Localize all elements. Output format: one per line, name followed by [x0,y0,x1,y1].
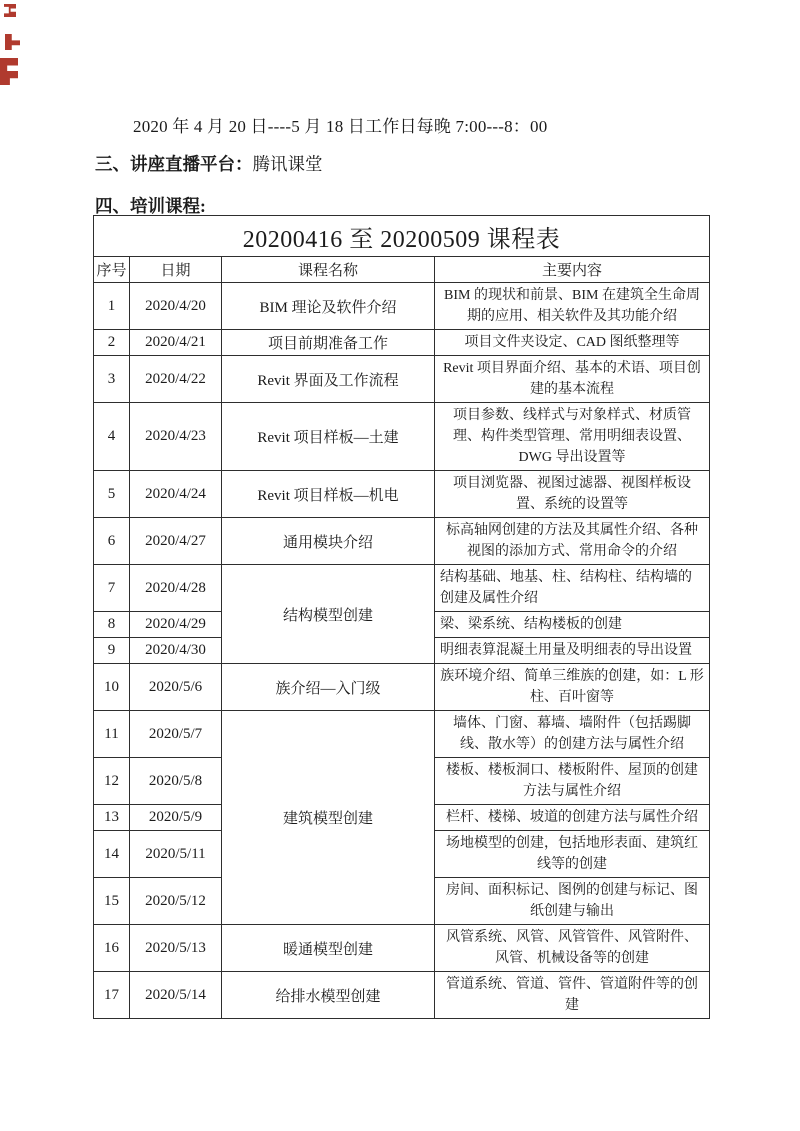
table-row: 112020/5/7建筑模型创建墙体、门窗、幕墙、墙附件（包括踢脚线、散水等）的… [94,711,710,758]
row-number-cell: 15 [94,878,130,925]
course-schedule-table: 20200416 至 20200509 课程表 序号 日期 课程名称 主要内容 … [93,215,710,1019]
table-row: 32020/4/22Revit 界面及工作流程Revit 项目界面介绍、基本的术… [94,356,710,403]
date-cell: 2020/4/27 [130,518,222,565]
schedule-time-text: 2020 年 4 月 20 日----5 月 18 日工作日每晚 7:00---… [133,112,547,137]
content-cell: 风管系统、风管、风管管件、风管附件、风管、机械设备等的创建 [435,925,710,972]
column-header-index: 序号 [94,257,130,283]
red-edge-mark [4,4,16,17]
row-number-cell: 6 [94,518,130,565]
course-name-cell: BIM 理论及软件介绍 [222,283,435,330]
content-cell: 栏杆、楼梯、坡道的创建方法与属性介绍 [435,805,710,831]
content-cell: 结构基础、地基、柱、结构柱、结构墙的创建及属性介绍 [435,565,710,612]
table-row: 62020/4/27通用模块介绍标高轴网创建的方法及其属性介绍、各种视图的添加方… [94,518,710,565]
course-name-cell: 族介绍—入门级 [222,664,435,711]
date-cell: 2020/4/30 [130,638,222,664]
course-name-cell: 暖通模型创建 [222,925,435,972]
row-number-cell: 9 [94,638,130,664]
column-header-course: 课程名称 [222,257,435,283]
course-name-cell: Revit 项目样板—机电 [222,471,435,518]
date-cell: 2020/5/14 [130,972,222,1019]
content-cell: 楼板、楼板洞口、楼板附件、屋顶的创建方法与属性介绍 [435,758,710,805]
date-cell: 2020/4/23 [130,403,222,471]
row-number-cell: 16 [94,925,130,972]
date-cell: 2020/5/8 [130,758,222,805]
content-cell: 项目文件夹设定、CAD 图纸整理等 [435,330,710,356]
row-number-cell: 4 [94,403,130,471]
content-cell: Revit 项目界面介绍、基本的术语、项目创建的基本流程 [435,356,710,403]
date-cell: 2020/5/9 [130,805,222,831]
section-platform-label: 三、讲座直播平台： [95,154,253,174]
course-name-cell: 结构模型创建 [222,565,435,664]
content-cell: 明细表算混凝土用量及明细表的导出设置 [435,638,710,664]
content-cell: 项目浏览器、视图过滤器、视图样板设置、系统的设置等 [435,471,710,518]
table-row: 52020/4/24Revit 项目样板—机电项目浏览器、视图过滤器、视图样板设… [94,471,710,518]
red-edge-mark [5,34,20,50]
date-cell: 2020/4/21 [130,330,222,356]
content-cell: BIM 的现状和前景、BIM 在建筑全生命周期的应用、相关软件及其功能介绍 [435,283,710,330]
table-header-row: 序号 日期 课程名称 主要内容 [94,257,710,283]
course-name-cell: 通用模块介绍 [222,518,435,565]
row-number-cell: 17 [94,972,130,1019]
section-heading-platform: 三、讲座直播平台：腾讯课堂 [95,151,323,176]
content-cell: 梁、梁系统、结构楼板的创建 [435,612,710,638]
platform-name: 腾讯课堂 [253,154,323,174]
table-row: 102020/5/6族介绍—入门级族环境介绍、简单三维族的创建，如：L 形柱、百… [94,664,710,711]
red-edge-mark [0,58,18,85]
date-cell: 2020/5/12 [130,878,222,925]
course-name-cell: 项目前期准备工作 [222,330,435,356]
table-row: 72020/4/28结构模型创建结构基础、地基、柱、结构柱、结构墙的创建及属性介… [94,565,710,612]
table-row: 12020/4/20BIM 理论及软件介绍BIM 的现状和前景、BIM 在建筑全… [94,283,710,330]
course-name-cell: 给排水模型创建 [222,972,435,1019]
column-header-content: 主要内容 [435,257,710,283]
content-cell: 墙体、门窗、幕墙、墙附件（包括踢脚线、散水等）的创建方法与属性介绍 [435,711,710,758]
row-number-cell: 2 [94,330,130,356]
row-number-cell: 10 [94,664,130,711]
course-name-cell: Revit 界面及工作流程 [222,356,435,403]
date-cell: 2020/4/22 [130,356,222,403]
table-row: 172020/5/14给排水模型创建管道系统、管道、管件、管道附件等的创建 [94,972,710,1019]
row-number-cell: 1 [94,283,130,330]
date-cell: 2020/4/29 [130,612,222,638]
date-cell: 2020/5/11 [130,831,222,878]
date-cell: 2020/4/24 [130,471,222,518]
row-number-cell: 12 [94,758,130,805]
row-number-cell: 13 [94,805,130,831]
row-number-cell: 14 [94,831,130,878]
date-cell: 2020/5/13 [130,925,222,972]
row-number-cell: 5 [94,471,130,518]
row-number-cell: 7 [94,565,130,612]
row-number-cell: 8 [94,612,130,638]
section-courses-label: 四、培训课程: [95,196,206,216]
table-title-row: 20200416 至 20200509 课程表 [94,216,710,257]
date-cell: 2020/4/20 [130,283,222,330]
date-cell: 2020/5/7 [130,711,222,758]
course-name-cell: 建筑模型创建 [222,711,435,925]
column-header-date: 日期 [130,257,222,283]
content-cell: 房间、面积标记、图例的创建与标记、图纸创建与输出 [435,878,710,925]
document-page: 2020 年 4 月 20 日----5 月 18 日工作日每晚 7:00---… [0,0,800,1131]
table-title: 20200416 至 20200509 课程表 [94,216,710,257]
table-body: 12020/4/20BIM 理论及软件介绍BIM 的现状和前景、BIM 在建筑全… [94,283,710,1019]
row-number-cell: 3 [94,356,130,403]
content-cell: 管道系统、管道、管件、管道附件等的创建 [435,972,710,1019]
content-cell: 族环境介绍、简单三维族的创建，如：L 形柱、百叶窗等 [435,664,710,711]
table-row: 162020/5/13暖通模型创建风管系统、风管、风管管件、风管附件、风管、机械… [94,925,710,972]
date-cell: 2020/5/6 [130,664,222,711]
course-name-cell: Revit 项目样板—土建 [222,403,435,471]
table-row: 22020/4/21项目前期准备工作项目文件夹设定、CAD 图纸整理等 [94,330,710,356]
table-row: 42020/4/23Revit 项目样板—土建项目参数、线样式与对象样式、材质管… [94,403,710,471]
content-cell: 项目参数、线样式与对象样式、材质管理、构件类型管理、常用明细表设置、DWG 导出… [435,403,710,471]
row-number-cell: 11 [94,711,130,758]
date-cell: 2020/4/28 [130,565,222,612]
content-cell: 标高轴网创建的方法及其属性介绍、各种视图的添加方式、常用命令的介绍 [435,518,710,565]
content-cell: 场地模型的创建，包括地形表面、建筑红线等的创建 [435,831,710,878]
